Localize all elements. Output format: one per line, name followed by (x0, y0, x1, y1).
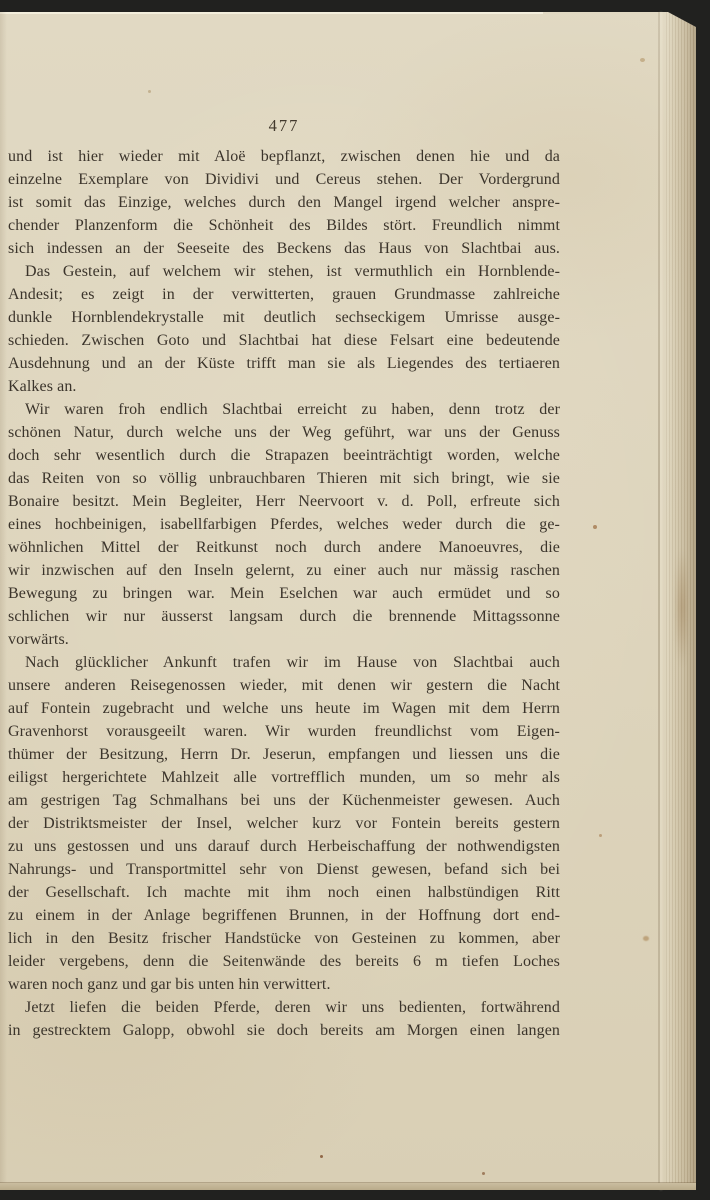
text-line: leider vergebens, denn die Seitenwände d… (8, 950, 560, 973)
text-line: der Distriktsmeister der Insel, welcher … (8, 812, 560, 835)
book-page: 477 und ist hier wieder mit Aloë bepflan… (0, 12, 696, 1190)
text-line: zu einem in der Anlage begriffenen Brunn… (8, 904, 560, 927)
text-line: waren noch ganz und gar bis unten hin ve… (8, 973, 560, 996)
page-top-edge-highlight (0, 12, 543, 14)
text-line: lich in den Besitz frischer Handstücke v… (8, 927, 560, 950)
text-line: das Reiten von so völlig unbrauchbaren T… (8, 467, 560, 490)
text-line: dunkle Hornblendekrystalle mit deutlich … (8, 306, 560, 329)
text-line: schieden. Zwischen Goto und Slachtbai ha… (8, 329, 560, 352)
foxing-spot (148, 90, 151, 93)
text-line: schlichen wir nur äusserst langsam durch… (8, 605, 560, 628)
text-line: am gestrigen Tag Schmalhans bei uns der … (8, 789, 560, 812)
page-left-edge-shade (0, 12, 7, 1190)
text-line: Nahrungs- und Transportmittel sehr von D… (8, 858, 560, 881)
text-line: sich indessen an der Seeseite des Becken… (8, 237, 560, 260)
fore-edge-smudge (674, 548, 690, 668)
text-line: thümer der Besitzung, Herrn Dr. Jeserun,… (8, 743, 560, 766)
body-text: und ist hier wieder mit Aloë bepflanzt, … (8, 145, 560, 1042)
text-line: zu uns gestossen und uns darauf durch He… (8, 835, 560, 858)
foxing-spot (320, 1155, 323, 1158)
text-line: Jetzt liefen die beiden Pferde, deren wi… (8, 996, 560, 1019)
text-line: eines hochbeinigen, isabellfarbigen Pfer… (8, 513, 560, 536)
text-line: einzelne Exemplare von Dividivi und Cere… (8, 168, 560, 191)
text-line: Nach glücklicher Ankunft trafen wir im H… (8, 651, 560, 674)
foxing-spot (643, 936, 649, 941)
text-line: und ist hier wieder mit Aloë bepflanzt, … (8, 145, 560, 168)
text-line: Andesit; es zeigt in der verwitterten, g… (8, 283, 560, 306)
text-line: vorwärts. (8, 628, 560, 651)
page-bottom-edge-stack (0, 1182, 696, 1190)
text-line: auf Fontein zugebracht und welche uns he… (8, 697, 560, 720)
foxing-spot (593, 525, 597, 529)
text-line: wir inzwischen auf den Inseln gelernt, z… (8, 559, 560, 582)
book-scan: 477 und ist hier wieder mit Aloë bepflan… (0, 0, 710, 1200)
text-line: eiligst hergerichtete Mahlzeit alle vort… (8, 766, 560, 789)
foxing-spot (640, 58, 645, 62)
text-line: unsere anderen Reisegenossen wieder, mit… (8, 674, 560, 697)
text-line: chender Planzenform die Schönheit des Bi… (8, 214, 560, 237)
foxing-spot (482, 1172, 485, 1175)
text-line: Das Gestein, auf welchem wir stehen, ist… (8, 260, 560, 283)
text-line: Kalkes an. (8, 375, 560, 398)
text-line: Bonaire besitzt. Mein Begleiter, Herr Ne… (8, 490, 560, 513)
page-corner-cut (668, 12, 696, 27)
text-line: ist somit das Einzige, welches durch den… (8, 191, 560, 214)
text-line: in gestrecktem Galopp, obwohl sie doch b… (8, 1019, 560, 1042)
text-line: Ausdehnung und an der Küste trifft man s… (8, 352, 560, 375)
text-line: der Gesellschaft. Ich machte mit ihm noc… (8, 881, 560, 904)
page-number: 477 (8, 116, 560, 136)
text-line: wöhnlichen Mittel der Reitkunst noch dur… (8, 536, 560, 559)
text-line: schönen Natur, durch welche uns der Weg … (8, 421, 560, 444)
text-line: Bewegung zu bringen war. Mein Eselchen w… (8, 582, 560, 605)
text-line: Wir waren froh endlich Slachtbai erreich… (8, 398, 560, 421)
page-crease (658, 12, 660, 1190)
text-line: Gravenhorst vorausgeeilt waren. Wir wurd… (8, 720, 560, 743)
text-line: doch sehr wesentlich durch die Strapazen… (8, 444, 560, 467)
foxing-spot (599, 834, 602, 837)
